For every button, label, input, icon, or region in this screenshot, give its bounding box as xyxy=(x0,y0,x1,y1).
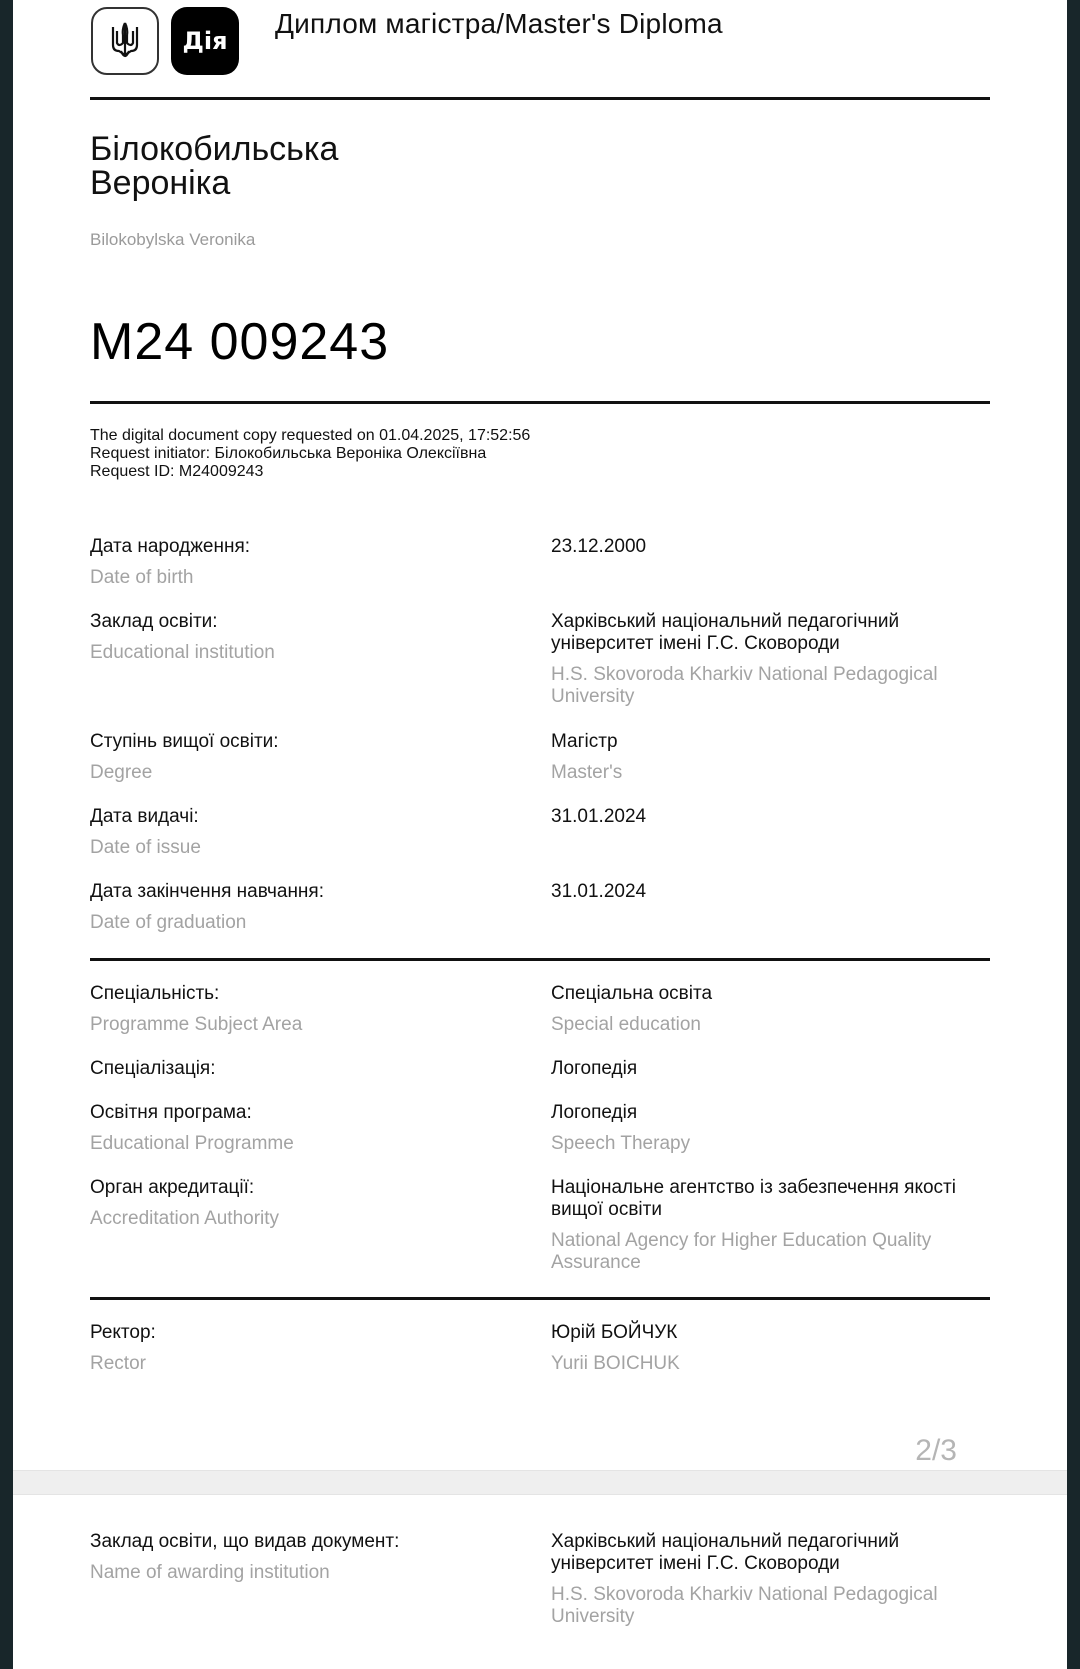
field-value-ua: Юрій БОЙЧУК xyxy=(551,1322,991,1344)
field-label-en: Date of graduation xyxy=(90,912,246,934)
request-date: The digital document copy requested on 0… xyxy=(90,427,530,445)
field-label-ua: Ступінь вищої освіти: xyxy=(90,731,279,753)
field-label-en: Date of birth xyxy=(90,567,194,589)
field-label-en: Name of awarding institution xyxy=(90,1562,330,1584)
field-label-en: Accreditation Authority xyxy=(90,1208,279,1230)
field-label-en: Programme Subject Area xyxy=(90,1014,302,1036)
header-logos: Дія xyxy=(91,7,239,75)
holder-name-en: Bilokobylska Veronika xyxy=(90,230,255,250)
field-label-en: Educational institution xyxy=(90,642,275,664)
document-number: M24 009243 xyxy=(90,312,389,372)
request-initiator: Request initiator: Білокобильська Вероні… xyxy=(90,445,530,463)
request-id: Request ID: M24009243 xyxy=(90,463,530,481)
field-label-en: Date of issue xyxy=(90,837,201,859)
diia-logo: Дія xyxy=(171,7,239,75)
field-label-ua: Освітня програма: xyxy=(90,1102,252,1124)
field-label-ua: Дата народження: xyxy=(90,536,250,558)
field-value-en: Speech Therapy xyxy=(551,1133,991,1155)
divider xyxy=(90,958,990,961)
field-label-en: Degree xyxy=(90,762,152,784)
field-label-en: Rector xyxy=(90,1353,146,1375)
page-counter: 2/3 xyxy=(915,1434,957,1468)
divider xyxy=(90,1297,990,1300)
field-value-en: H.S. Skovoroda Kharkiv National Pedagogi… xyxy=(551,664,991,708)
field-value-ua: 23.12.2000 xyxy=(551,536,991,558)
field-label-ua: Заклад освіти: xyxy=(90,611,218,633)
field-value-en: Yurii BOICHUK xyxy=(551,1353,991,1375)
field-value-en: National Agency for Higher Education Qua… xyxy=(551,1230,991,1274)
divider xyxy=(90,401,990,404)
trident-logo xyxy=(91,7,159,75)
field-value-en: Master's xyxy=(551,762,991,784)
document-page-3: Заклад освіти, що видав документ: Name o… xyxy=(13,1495,1067,1669)
field-label-ua: Ректор: xyxy=(90,1322,156,1344)
field-value-ua: Магістр xyxy=(551,731,991,753)
field-value-ua: 31.01.2024 xyxy=(551,881,991,903)
field-label-ua: Дата закінчення навчання: xyxy=(90,881,324,903)
field-value-ua: Логопедія xyxy=(551,1102,991,1124)
field-value-ua: Національне агентство із забезпечення як… xyxy=(551,1177,991,1221)
holder-name-ua: Білокобильська Вероніка xyxy=(90,132,338,200)
field-label-ua: Спеціалізація: xyxy=(90,1058,216,1080)
field-label-ua: Орган акредитації: xyxy=(90,1177,254,1199)
document-page-2: Дія Диплом магістра/Master's Diploma Біл… xyxy=(13,0,1067,1470)
field-value-ua: Логопедія xyxy=(551,1058,991,1080)
field-value-ua: 31.01.2024 xyxy=(551,806,991,828)
trident-icon xyxy=(110,21,140,61)
field-label-en: Educational Programme xyxy=(90,1133,294,1155)
field-label-ua: Дата видачі: xyxy=(90,806,199,828)
holder-given-name: Вероніка xyxy=(90,166,338,200)
field-value-ua: Харківський національний педагогічний ун… xyxy=(551,1531,991,1575)
divider xyxy=(90,97,990,100)
field-value-ua: Харківський національний педагогічний ун… xyxy=(551,611,991,655)
document-title: Диплом магістра/Master's Diploma xyxy=(275,8,723,40)
field-value-ua: Спеціальна освіта xyxy=(551,983,991,1005)
field-label-ua: Спеціальність: xyxy=(90,983,219,1005)
field-value-en: Special education xyxy=(551,1014,991,1036)
page-separator xyxy=(13,1470,1067,1495)
request-info: The digital document copy requested on 0… xyxy=(90,427,530,481)
holder-surname: Білокобильська xyxy=(90,132,338,166)
field-label-ua: Заклад освіти, що видав документ: xyxy=(90,1531,399,1553)
field-value-en: H.S. Skovoroda Kharkiv National Pedagogi… xyxy=(551,1584,991,1628)
